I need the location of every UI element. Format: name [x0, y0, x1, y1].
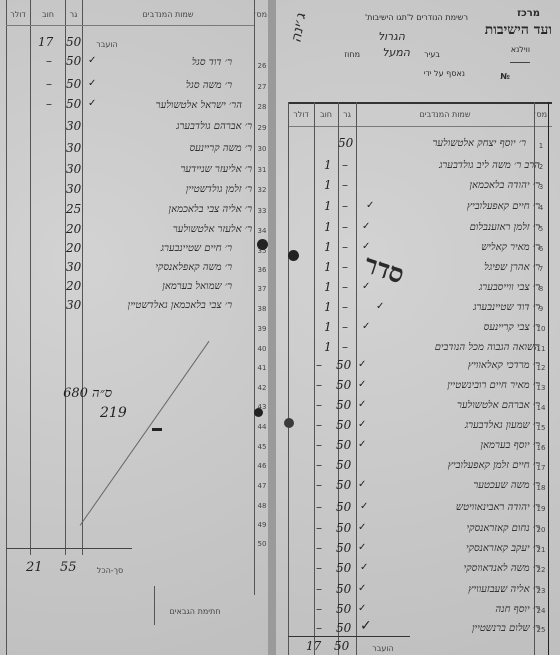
row-number: 31	[255, 166, 269, 174]
city: ווילנא	[511, 45, 530, 54]
row-debt: 1	[324, 280, 332, 294]
row-gr: 30	[66, 162, 81, 176]
row-number: 10	[534, 325, 548, 333]
row-number: 7	[534, 265, 548, 273]
row-debt: –	[46, 77, 52, 91]
donor-name: ר׳ אליה שעבזעוויץ	[468, 584, 540, 595]
row-gr: 50	[336, 418, 351, 432]
row-debt: –	[46, 97, 52, 111]
binder-hole	[284, 418, 294, 428]
row-gr: 20	[66, 279, 81, 293]
row-debt: –	[316, 458, 322, 472]
carry-rule	[288, 636, 410, 637]
check-mark-icon: ✓	[358, 439, 366, 450]
district-value: הגרול	[378, 30, 405, 43]
carry-gr: 50	[334, 639, 349, 653]
donor-name: ר׳ מאיר חיים רובינשטיין	[447, 380, 540, 391]
check-mark-icon: ✓	[88, 78, 96, 89]
column-header-number: מס׳	[535, 110, 547, 119]
row-gr: 20	[66, 241, 81, 255]
row-number: 46	[255, 462, 269, 470]
column-header-debt: חוב	[315, 110, 337, 119]
row-gr: –	[342, 158, 348, 172]
check-mark-icon: ✓	[88, 98, 96, 109]
row-number: 23	[534, 587, 548, 595]
donor-name: ר׳ שמעון גאלדבערג	[465, 420, 540, 431]
donor-name: ר׳ דוד שטיינבערג	[473, 302, 540, 313]
check-mark-icon: ✓	[360, 618, 372, 634]
row-debt: –	[316, 602, 322, 616]
row-number: 16	[534, 444, 548, 452]
row-number: 50	[255, 540, 269, 548]
row-debt: 1	[324, 340, 332, 354]
binder-hole	[254, 408, 263, 417]
row-debt: 1	[324, 300, 332, 314]
row-debt: –	[316, 582, 322, 596]
row-gr: 50	[336, 378, 351, 392]
donor-name: ר׳ דוד סגל	[192, 57, 232, 68]
number-label: №	[500, 72, 510, 81]
header-rule	[6, 25, 254, 26]
row-gr: 50	[336, 541, 351, 555]
town-label: בעיר	[424, 50, 440, 59]
donor-name: ר׳ אברהם גולדבערג	[176, 121, 252, 132]
column-divider	[82, 0, 83, 555]
row-number: 32	[255, 186, 269, 194]
donor-name: ר׳ שמואל בערמאן	[162, 281, 232, 292]
donor-name: ר׳ זלמן ראזענבלום	[470, 222, 540, 233]
signature-label: חתימת הגבאים	[165, 607, 225, 616]
row-gr: 50	[336, 458, 351, 472]
row-number: 29	[255, 124, 269, 132]
row-debt: 1	[324, 220, 332, 234]
check-mark-icon: ✓	[362, 281, 370, 292]
row-number: 13	[534, 384, 548, 392]
row-number: 4	[534, 204, 548, 212]
row-number: 11	[534, 345, 548, 353]
row-gr: 30	[66, 260, 81, 274]
row-gr: 50	[336, 602, 351, 616]
donor-name: ר׳ אלעזר אלטשולער	[173, 224, 252, 235]
strike-through-line	[80, 341, 210, 526]
form-title: רשימת הנודרים ל'תגו הישיבות'	[365, 13, 468, 22]
total-rule	[6, 548, 132, 549]
row-debt: –	[46, 54, 52, 68]
row-number: 5	[534, 225, 548, 233]
collected-by-label: נאסף על ידי	[424, 69, 465, 78]
row-gr: 50	[336, 561, 351, 575]
row-debt: –	[316, 418, 322, 432]
row-number: 9	[534, 305, 548, 313]
row-number: 40	[255, 345, 269, 353]
row-number: 19	[534, 505, 548, 513]
donor-name: ר׳ משה לאנדאווסקי	[464, 563, 540, 574]
row-number: 27	[255, 83, 269, 91]
check-mark-icon: ✓	[358, 419, 366, 430]
donor-name: ר׳ צבי קריינעס	[484, 322, 540, 333]
total-debt: 21	[26, 560, 43, 575]
total-label: סך-הכל	[90, 566, 130, 575]
check-mark-icon: ✓	[88, 55, 96, 66]
check-mark-icon: ✓	[358, 542, 366, 553]
binder-hole	[288, 250, 299, 261]
row-number: 20	[534, 526, 548, 534]
row-number: 22	[534, 566, 548, 574]
column-divider	[548, 102, 549, 655]
row-number: 17	[534, 464, 548, 472]
right-ledger-page: מרכז ועד הישיבות ווילנא № רשימת הנודרים …	[276, 0, 560, 655]
check-mark-icon: ✓	[360, 562, 368, 573]
row-gr: –	[342, 260, 348, 274]
row-number: 36	[255, 266, 269, 274]
donor-name: ר׳ יוסף בערמאן	[481, 440, 541, 451]
signature-divider	[154, 586, 155, 625]
town-value: המעל	[382, 46, 410, 59]
donor-name: ר׳ משה קריינעס	[189, 143, 252, 154]
row-gr: –	[342, 199, 348, 213]
row-gr: 50	[66, 77, 81, 91]
row-number: 8	[534, 285, 548, 293]
row-gr: 30	[66, 182, 81, 196]
row-number: 42	[255, 384, 269, 392]
column-header-dollar: דולר	[8, 10, 28, 19]
row-gr: 50	[66, 97, 81, 111]
row-gr: 25	[66, 202, 81, 216]
donor-name: ר׳ יהודה בלאכמאן	[469, 180, 540, 191]
donor-name: ר׳ חיים זלמן קאפעלוביץ	[448, 460, 540, 471]
margin-handwriting: ג׳ינה	[288, 12, 309, 44]
check-mark-icon: ✓	[358, 603, 366, 614]
check-mark-icon: ✓	[376, 301, 384, 312]
row-number: 39	[255, 325, 269, 333]
row-gr: 50	[336, 621, 351, 635]
left-ledger-page: דולר חוב גר שמות המנדבים מס׳ 17 50 הועבר…	[0, 0, 272, 655]
row-debt: –	[316, 378, 322, 392]
row-debt: –	[316, 398, 322, 412]
row-gr: 50	[336, 582, 351, 596]
row-number: 30	[255, 145, 269, 153]
row-gr: 30	[66, 141, 81, 155]
check-mark-icon: ✓	[362, 321, 370, 332]
donor-name: ר׳ אליעזר שניידער	[180, 164, 252, 175]
check-mark-icon: ✓	[366, 200, 374, 211]
row-gr: –	[342, 220, 348, 234]
row-debt: 1	[324, 260, 332, 274]
donor-name: הר׳ ישראל אלטשולער	[156, 100, 242, 111]
row-number: 41	[255, 364, 269, 372]
donor-name: ר׳ אברהם אלטשולער	[457, 400, 540, 411]
donor-name: ר׳ מרדכי קאלאוויץ	[468, 360, 540, 371]
row-gr: 50	[336, 521, 351, 535]
row-gr: 50	[66, 54, 81, 68]
row-debt: 1	[324, 199, 332, 213]
row-gr: 50	[336, 358, 351, 372]
column-divider	[288, 102, 289, 655]
row-number: 26	[255, 62, 269, 70]
row-debt: 1	[324, 320, 332, 334]
check-mark-icon: ✓	[358, 379, 366, 390]
donor-name: ר׳ חיים שטיינבערג	[161, 243, 232, 254]
row-debt: –	[316, 438, 322, 452]
row-number: 48	[255, 502, 269, 510]
column-divider	[356, 102, 357, 655]
row-number: 18	[534, 484, 548, 492]
row-debt: –	[316, 561, 322, 575]
row-gr: –	[342, 300, 348, 314]
row-debt: 1	[324, 158, 332, 172]
row-gr: –	[342, 320, 348, 334]
donor-name: ר׳ אליה צבי בלאכמאן	[169, 204, 252, 215]
header-rule	[288, 126, 552, 127]
row-number: 3	[534, 183, 548, 191]
donor-name: ר׳ שלום ברנשטיין	[472, 623, 540, 634]
row-gr: 50	[338, 136, 353, 150]
check-mark-icon: ✓	[358, 359, 366, 370]
org-name: ועד הישיבות	[485, 22, 552, 39]
column-header-names: שמות המנדבים	[358, 110, 532, 119]
column-divider	[6, 0, 7, 655]
row-debt: –	[316, 621, 322, 635]
column-header-gr: גר	[66, 10, 81, 19]
column-header-number: מס׳	[255, 10, 267, 19]
row-number: 24	[534, 607, 548, 615]
donor-name: ר׳ צבי ווייסבערג	[479, 282, 540, 293]
row-number: 33	[255, 207, 269, 215]
row-gr: 50	[336, 478, 351, 492]
donor-name: ר׳ יוסף יצחק אלטשולער	[432, 138, 526, 149]
check-mark-icon: ✓	[358, 583, 366, 594]
row-number: 21	[534, 546, 548, 554]
row-gr: –	[342, 340, 348, 354]
column-header-debt: חוב	[32, 10, 64, 19]
carry-debt: 17	[306, 639, 321, 653]
row-number: 2	[534, 163, 548, 171]
donor-name: השואה הגבוה מכל הנודבים	[435, 342, 540, 353]
org-label-top: מרכז	[517, 8, 540, 19]
row-number: 28	[255, 103, 269, 111]
table-top-rule	[288, 102, 552, 104]
donor-name: ר׳ יהודה ראבינאוויטש	[456, 502, 540, 513]
row-number: 47	[255, 482, 269, 490]
row-number: 38	[255, 305, 269, 313]
row-debt: –	[316, 478, 322, 492]
row-gr: 50	[336, 438, 351, 452]
row-number: 14	[534, 404, 548, 412]
column-header-gr: גר	[339, 110, 355, 119]
donor-name: ר׳ זלמן גולדשטיין	[186, 184, 252, 195]
donor-name: ר׳ משה סגל	[186, 80, 232, 91]
row-debt: –	[316, 521, 322, 535]
check-mark-icon: ✓	[362, 221, 370, 232]
handwritten-annotation: ס״ה 680	[63, 385, 112, 401]
carry-label: הועבר	[371, 644, 395, 653]
total-gr: 55	[60, 560, 77, 575]
donor-name: ר׳ צבי בלאכמאן גאלדשטיין	[128, 300, 232, 311]
row-number: 34	[255, 227, 269, 235]
row-number: 37	[255, 285, 269, 293]
brought-forward-debt: 17	[38, 35, 53, 49]
row-debt: –	[316, 541, 322, 555]
row-gr: 30	[66, 298, 81, 312]
row-debt: 1	[324, 178, 332, 192]
check-mark-icon: ✓	[358, 399, 366, 410]
brought-forward-label: הועבר	[95, 40, 119, 49]
row-gr: –	[342, 178, 348, 192]
column-header-dollar: דולר	[289, 110, 313, 119]
check-mark-icon: ✓	[358, 522, 366, 533]
donor-name: ר׳ משה שעכטער	[473, 480, 540, 491]
row-gr: –	[342, 240, 348, 254]
donor-name: הרב ר׳ משה ליב גולדבערג	[439, 160, 540, 171]
row-debt: –	[316, 500, 322, 514]
row-debt: 1	[324, 240, 332, 254]
row-number: 1	[534, 142, 548, 150]
donor-name: ר׳ נחום קאזראנסקי	[466, 523, 540, 534]
donor-name: ר׳ משה קאפלאנסקי	[155, 262, 232, 273]
row-number: 15	[534, 424, 548, 432]
row-gr: 30	[66, 119, 81, 133]
row-number: 6	[534, 245, 548, 253]
donor-name: ר׳ חיים קאפעלוביץ	[467, 201, 540, 212]
binder-hole	[257, 239, 268, 250]
column-divider	[30, 0, 31, 555]
check-mark-icon: ✓	[360, 501, 368, 512]
row-gr: 50	[336, 500, 351, 514]
row-number: 12	[534, 364, 548, 372]
donor-name: ר׳ אהרן שפיגל	[484, 262, 540, 273]
donor-name: ר׳ מאיר קאליש	[481, 242, 540, 253]
handwritten-annotation-number: 219	[100, 405, 127, 421]
row-gr: 20	[66, 222, 81, 236]
brought-forward-gr: 50	[66, 35, 81, 49]
row-number: 25	[534, 626, 548, 634]
row-number: 49	[255, 521, 269, 529]
row-gr: –	[342, 280, 348, 294]
row-debt: –	[316, 358, 322, 372]
column-divider	[314, 102, 315, 655]
district-label: מחוז	[344, 50, 360, 59]
row-number: 44	[255, 423, 269, 431]
row-gr: 50	[336, 398, 351, 412]
divider	[510, 62, 530, 63]
ink-blot	[152, 428, 162, 431]
donor-name: ר׳ יעקב קאזראנסקי	[466, 543, 540, 554]
row-number: 45	[255, 443, 269, 451]
column-header-names: שמות המנדבים	[84, 10, 252, 19]
check-mark-icon: ✓	[358, 479, 366, 490]
